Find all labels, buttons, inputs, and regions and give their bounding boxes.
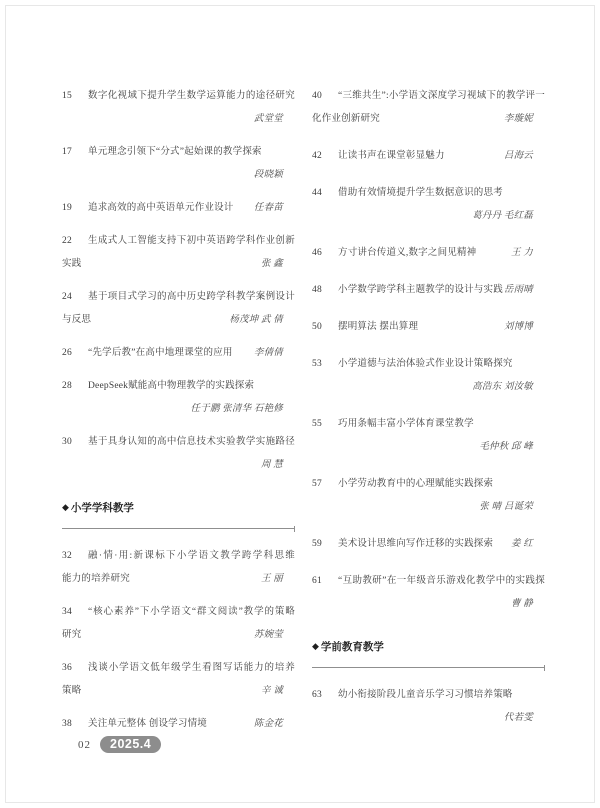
- entry-title: 研究: [62, 624, 81, 647]
- entry-title: “先学后教”在高中地理课堂的应用: [88, 342, 233, 365]
- entry-line: 53小学道德与法治体验式作业设计策略探究: [312, 353, 545, 376]
- toc-content: 15数字化视域下提升学生数学运算能力的途径研究武堂堂17单元理念引领下“分式”起…: [62, 85, 545, 746]
- entry-authors: 毛仲秋 邱 峰: [479, 436, 545, 459]
- entry-line: 化作业创新研究李璇妮: [312, 108, 545, 131]
- entry-page-number: 15: [62, 85, 88, 108]
- entry-authors: 苏婉莹: [254, 624, 295, 647]
- entry-authors: 姜 红: [511, 533, 545, 556]
- entry-authors: 曹 静: [511, 593, 545, 616]
- entry-title: 实践: [62, 253, 81, 276]
- entry-authors: 李璇妮: [504, 108, 545, 131]
- entry-line: 55巧用条幅丰富小学体育课堂教学: [312, 413, 545, 436]
- entry-line: 46方寸讲台传道义,数字之间见精神王 力: [312, 242, 545, 265]
- entry-line: 59美术设计思维向写作迁移的实践探索姜 红: [312, 533, 545, 556]
- entry-title: 小学数学跨学科主题教学的设计与实践: [338, 279, 503, 302]
- entry-authors: 张 鑫: [261, 253, 295, 276]
- entry-title: 方寸讲台传道义,数字之间见精神: [338, 242, 476, 265]
- entry-title: 美术设计思维向写作迁移的实践探索: [338, 533, 493, 556]
- entry-authors: 段晓颖: [254, 164, 295, 187]
- toc-entry: 26“先学后教”在高中地理课堂的应用李倩倩: [62, 342, 295, 365]
- diamond-icon: ◆: [312, 641, 319, 651]
- entry-page-number: 19: [62, 197, 88, 220]
- toc-entry: 42让读书声在课堂彰显魅力吕海云: [312, 145, 545, 168]
- toc-entry: 38关注单元整体 创设学习情境陈金花: [62, 713, 295, 736]
- entry-authors: 吕海云: [504, 145, 545, 168]
- entry-title: 生成式人工智能支持下初中英语跨学科作业创新: [88, 230, 295, 253]
- entry-line: 42让读书声在课堂彰显魅力吕海云: [312, 145, 545, 168]
- entry-title: 基于项目式学习的高中历史跨学科教学案例设计: [88, 286, 295, 309]
- toc-entry: 17单元理念引领下“分式”起始课的教学探索段晓颖: [62, 141, 295, 187]
- entry-line: 22生成式人工智能支持下初中英语跨学科作业创新: [62, 230, 295, 253]
- toc-entry: 57小学劳动教育中的心理赋能实践探索张 晴 吕诞荣: [312, 473, 545, 519]
- entry-page-number: 55: [312, 413, 338, 436]
- toc-column: 40“三维共生”:小学语文深度学习视域下的教学评一体化作业创新研究李璇妮42让读…: [312, 85, 545, 746]
- entry-title: 追求高效的高中英语单元作业设计: [88, 197, 234, 220]
- entry-authors: 武堂堂: [254, 108, 295, 131]
- section-header: ◆学前教育教学: [312, 636, 545, 668]
- entry-authors: 陈金花: [254, 713, 295, 736]
- entry-title: 小学劳动教育中的心理赋能实践探索: [338, 473, 493, 496]
- entry-authors: 杨茂坤 武 倩: [229, 309, 295, 332]
- entry-line: 26“先学后教”在高中地理课堂的应用李倩倩: [62, 342, 295, 365]
- entry-page-number: 46: [312, 242, 338, 265]
- entry-title: 基于具身认知的高中信息技术实验教学实施路径: [88, 431, 295, 454]
- entry-line: 40“三维共生”:小学语文深度学习视域下的教学评一体: [312, 85, 545, 108]
- entry-line: 葛丹丹 毛红磊: [312, 205, 545, 228]
- entry-line: 代若雯: [312, 707, 545, 730]
- entry-line: 周 慧: [62, 454, 295, 477]
- entry-line: 张 晴 吕诞荣: [312, 496, 545, 519]
- entry-line: 武堂堂: [62, 108, 295, 131]
- entry-page-number: 48: [312, 279, 338, 302]
- entry-line: 任于鹏 张清华 石艳修: [62, 398, 295, 421]
- entry-page-number: 30: [62, 431, 88, 454]
- entry-title: 幼小衔接阶段儿童音乐学习习惯培养策略: [338, 684, 513, 707]
- toc-entry: 61“互助教研”在一年级音乐游戏化教学中的实践探索曹 静: [312, 570, 545, 616]
- entry-page-number: 42: [312, 145, 338, 168]
- entry-title: 关注单元整体 创设学习情境: [88, 713, 207, 736]
- entry-line: 36浅谈小学语文低年级学生看图写话能力的培养: [62, 657, 295, 680]
- page-footer: 02 2025.4: [78, 736, 161, 753]
- section-label: 小学学科教学: [71, 503, 134, 514]
- entry-line: 曹 静: [312, 593, 545, 616]
- entry-page-number: 57: [312, 473, 338, 496]
- entry-title: 策略: [62, 680, 81, 703]
- entry-line: 研究苏婉莹: [62, 624, 295, 647]
- entry-page-number: 22: [62, 230, 88, 253]
- toc-entry: 44借助有效情境提升学生数据意识的思考葛丹丹 毛红磊: [312, 182, 545, 228]
- entry-title: 浅谈小学语文低年级学生看图写话能力的培养: [88, 657, 295, 680]
- toc-column: 15数字化视域下提升学生数学运算能力的途径研究武堂堂17单元理念引领下“分式”起…: [62, 85, 295, 746]
- toc-entry: 19追求高效的高中英语单元作业设计任春苗: [62, 197, 295, 220]
- entry-page-number: 38: [62, 713, 88, 736]
- entry-page-number: 28: [62, 375, 88, 398]
- entry-line: 38关注单元整体 创设学习情境陈金花: [62, 713, 295, 736]
- entry-title: “核心素养”下小学语文“群文阅读”教学的策略: [88, 601, 295, 624]
- entry-title: 小学道德与法治体验式作业设计策略探究: [338, 353, 513, 376]
- toc-entry: 59美术设计思维向写作迁移的实践探索姜 红: [312, 533, 545, 556]
- entry-line: 段晓颖: [62, 164, 295, 187]
- entry-title: “三维共生”:小学语文深度学习视域下的教学评一体: [338, 85, 545, 108]
- entry-title: DeepSeek赋能高中物理教学的实践探索: [88, 375, 254, 398]
- entry-line: 策略辛 诚: [62, 680, 295, 703]
- entry-page-number: 36: [62, 657, 88, 680]
- toc-entry: 30基于具身认知的高中信息技术实验教学实施路径周 慧: [62, 431, 295, 477]
- entry-page-number: 50: [312, 316, 338, 339]
- entry-line: 44借助有效情境提升学生数据意识的思考: [312, 182, 545, 205]
- toc-entry: 15数字化视域下提升学生数学运算能力的途径研究武堂堂: [62, 85, 295, 131]
- entry-authors: 周 慧: [261, 454, 295, 477]
- toc-entry: 63幼小衔接阶段儿童音乐学习习惯培养策略代若雯: [312, 684, 545, 730]
- entry-line: 24基于项目式学习的高中历史跨学科教学案例设计: [62, 286, 295, 309]
- entry-page-number: 24: [62, 286, 88, 309]
- issue-badge: 2025.4: [100, 736, 161, 753]
- entry-authors: 高浩东 刘汝敏: [472, 376, 545, 399]
- entry-authors: 任春苗: [254, 197, 295, 220]
- toc-entry: 36浅谈小学语文低年级学生看图写话能力的培养策略辛 诚: [62, 657, 295, 703]
- entry-authors: 王 丽: [261, 568, 295, 591]
- entry-line: 57小学劳动教育中的心理赋能实践探索: [312, 473, 545, 496]
- entry-title: “互助教研”在一年级音乐游戏化教学中的实践探索: [338, 570, 545, 593]
- entry-page-number: 61: [312, 570, 338, 593]
- entry-line: 48小学数学跨学科主题教学的设计与实践岳雨晴: [312, 279, 545, 302]
- entry-page-number: 40: [312, 85, 338, 108]
- toc-entry: 28DeepSeek赋能高中物理教学的实践探索任于鹏 张清华 石艳修: [62, 375, 295, 421]
- entry-line: 17单元理念引领下“分式”起始课的教学探索: [62, 141, 295, 164]
- entry-authors: 葛丹丹 毛红磊: [472, 205, 545, 228]
- section-title: ◆小学学科教学: [62, 497, 295, 520]
- entry-page-number: 44: [312, 182, 338, 205]
- entry-line: 30基于具身认知的高中信息技术实验教学实施路径: [62, 431, 295, 454]
- entry-title: 与反思: [62, 309, 91, 332]
- toc-entry: 46方寸讲台传道义,数字之间见精神王 力: [312, 242, 545, 265]
- entry-authors: 任于鹏 张清华 石艳修: [191, 398, 295, 421]
- entry-title: 摆明算法 摆出算理: [338, 316, 418, 339]
- entry-line: 毛仲秋 邱 峰: [312, 436, 545, 459]
- entry-title: 借助有效情境提升学生数据意识的思考: [338, 182, 503, 205]
- toc-entry: 55巧用条幅丰富小学体育课堂教学毛仲秋 邱 峰: [312, 413, 545, 459]
- entry-line: 34“核心素养”下小学语文“群文阅读”教学的策略: [62, 601, 295, 624]
- entry-page-number: 34: [62, 601, 88, 624]
- toc-entry: 48小学数学跨学科主题教学的设计与实践岳雨晴: [312, 279, 545, 302]
- toc-entry: 22生成式人工智能支持下初中英语跨学科作业创新实践张 鑫: [62, 230, 295, 276]
- entry-title: 巧用条幅丰富小学体育课堂教学: [338, 413, 474, 436]
- entry-title: 数字化视域下提升学生数学运算能力的途径研究: [88, 85, 295, 108]
- section-header: ◆小学学科教学: [62, 497, 295, 529]
- entry-authors: 刘博博: [504, 316, 545, 339]
- entry-page-number: 59: [312, 533, 338, 556]
- entry-title: 让读书声在课堂彰显魅力: [338, 145, 445, 168]
- entry-title: 单元理念引领下“分式”起始课的教学探索: [88, 141, 262, 164]
- entry-authors: 王 力: [511, 242, 545, 265]
- entry-line: 28DeepSeek赋能高中物理教学的实践探索: [62, 375, 295, 398]
- entry-line: 50摆明算法 摆出算理刘博博: [312, 316, 545, 339]
- diamond-icon: ◆: [62, 502, 69, 512]
- entry-line: 高浩东 刘汝敏: [312, 376, 545, 399]
- entry-line: 15数字化视域下提升学生数学运算能力的途径研究: [62, 85, 295, 108]
- footer-page-number: 02: [78, 739, 91, 751]
- entry-line: 与反思杨茂坤 武 倩: [62, 309, 295, 332]
- section-label: 学前教育教学: [321, 642, 384, 653]
- entry-title: 能力的培养研究: [62, 568, 130, 591]
- entry-authors: 李倩倩: [254, 342, 295, 365]
- entry-authors: 辛 诚: [261, 680, 295, 703]
- entry-page-number: 32: [62, 545, 88, 568]
- entry-title: 化作业创新研究: [312, 108, 380, 131]
- section-rule: [62, 528, 295, 529]
- entry-page-number: 63: [312, 684, 338, 707]
- entry-line: 实践张 鑫: [62, 253, 295, 276]
- toc-entry: 50摆明算法 摆出算理刘博博: [312, 316, 545, 339]
- section-rule: [312, 667, 545, 668]
- entry-line: 能力的培养研究王 丽: [62, 568, 295, 591]
- entry-authors: 代若雯: [504, 707, 545, 730]
- entry-line: 63幼小衔接阶段儿童音乐学习习惯培养策略: [312, 684, 545, 707]
- entry-line: 32融·情·用:新课标下小学语文教学跨学科思维: [62, 545, 295, 568]
- entry-title: 融·情·用:新课标下小学语文教学跨学科思维: [88, 545, 295, 568]
- toc-entry: 32融·情·用:新课标下小学语文教学跨学科思维能力的培养研究王 丽: [62, 545, 295, 591]
- entry-page-number: 53: [312, 353, 338, 376]
- entry-authors: 岳雨晴: [504, 279, 545, 302]
- entry-line: 19追求高效的高中英语单元作业设计任春苗: [62, 197, 295, 220]
- entry-page-number: 26: [62, 342, 88, 365]
- entry-page-number: 17: [62, 141, 88, 164]
- toc-entry: 24基于项目式学习的高中历史跨学科教学案例设计与反思杨茂坤 武 倩: [62, 286, 295, 332]
- entry-line: 61“互助教研”在一年级音乐游戏化教学中的实践探索: [312, 570, 545, 593]
- toc-entry: 40“三维共生”:小学语文深度学习视域下的教学评一体化作业创新研究李璇妮: [312, 85, 545, 131]
- entry-authors: 张 晴 吕诞荣: [479, 496, 545, 519]
- toc-entry: 34“核心素养”下小学语文“群文阅读”教学的策略研究苏婉莹: [62, 601, 295, 647]
- toc-entry: 53小学道德与法治体验式作业设计策略探究高浩东 刘汝敏: [312, 353, 545, 399]
- section-title: ◆学前教育教学: [312, 636, 545, 659]
- journal-toc-page: 15数字化视域下提升学生数学运算能力的途径研究武堂堂17单元理念引领下“分式”起…: [0, 0, 600, 808]
